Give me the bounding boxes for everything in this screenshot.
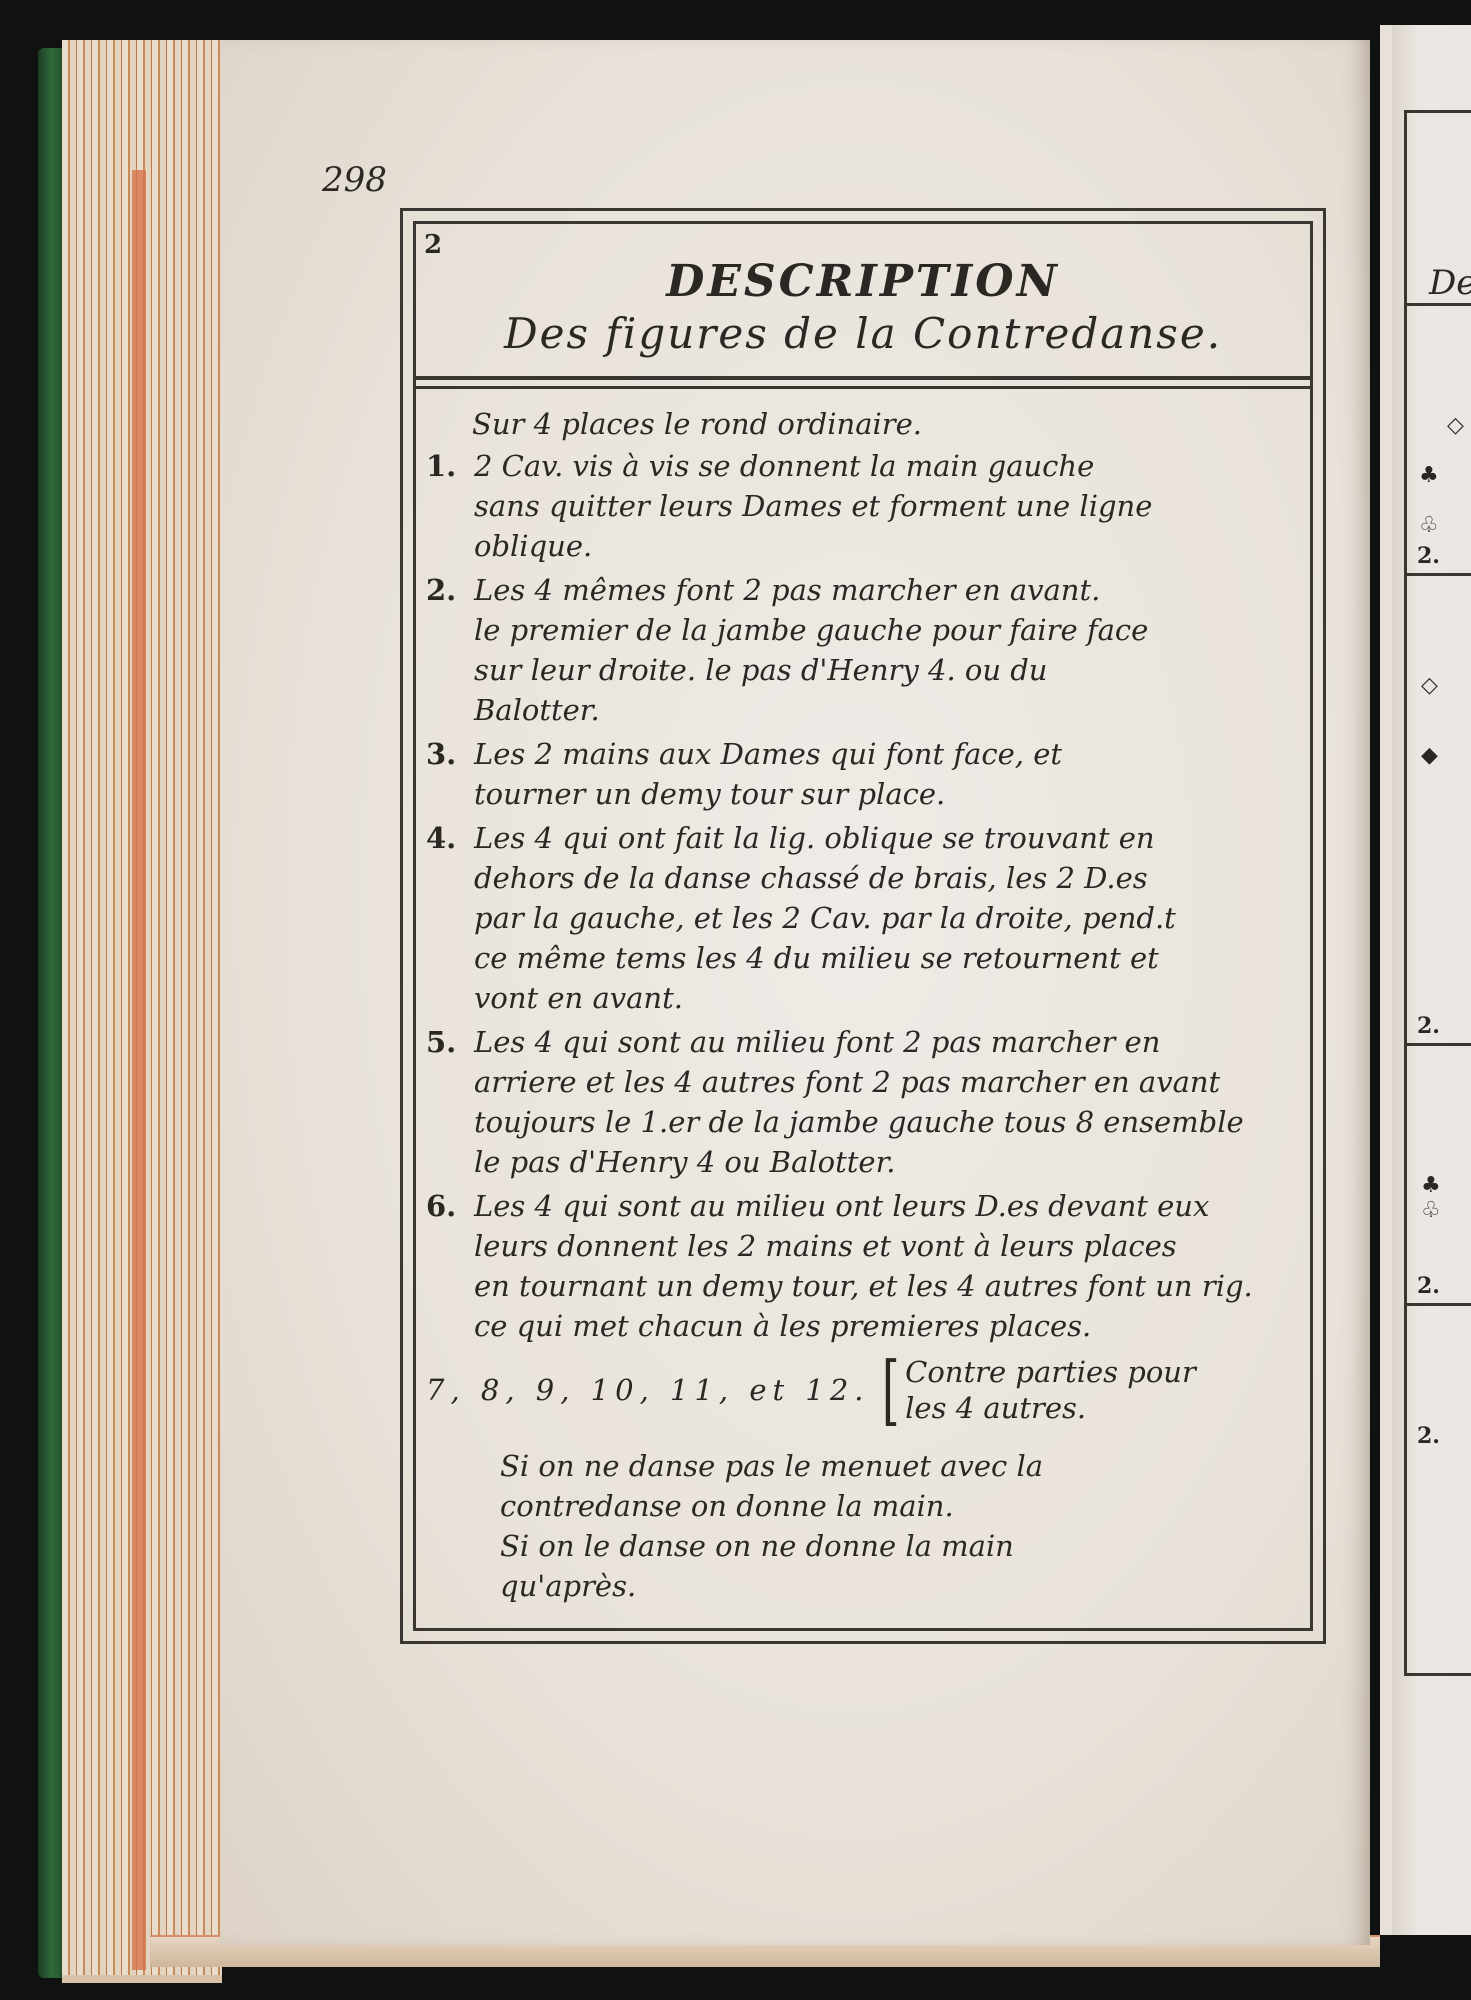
figure-line: le premier de la jambe gauche pour faire… xyxy=(474,610,1148,650)
diamond-outline-icon: ◇ xyxy=(1421,673,1438,698)
intro-line: Sur 4 places le rond ordinaire. xyxy=(426,404,1300,444)
figure-number: 6. xyxy=(426,1186,474,1346)
figure-number: 3. xyxy=(426,734,474,814)
right-page-rule xyxy=(1407,1043,1471,1046)
page-number: 298 xyxy=(322,160,387,200)
figure-line: Les 4 qui sont au milieu font 2 pas marc… xyxy=(474,1022,1244,1062)
figure-line: le pas d'Henry 4 ou Balotter. xyxy=(474,1142,1244,1182)
diamond-symbol-icon: ◇ xyxy=(1447,413,1464,438)
right-page-rule xyxy=(1407,1303,1471,1306)
title-double-rule xyxy=(416,376,1310,389)
figure-item-4: 4. Les 4 qui ont fait la lig. oblique se… xyxy=(426,818,1300,1018)
figure-label: 2. xyxy=(1417,1013,1440,1039)
red-edge-stain xyxy=(132,170,146,1970)
figure-number: 2. xyxy=(426,570,474,730)
title-main: DESCRIPTION xyxy=(416,256,1310,307)
club-outline-icon: ♧ xyxy=(1419,513,1439,538)
figure-item-1: 1. 2 Cav. vis à vis se donnent la main g… xyxy=(426,446,1300,566)
closing-line: Si on le danse on ne donne la main xyxy=(500,1526,1300,1566)
figure-line: sans quitter leurs Dames et forment une … xyxy=(474,486,1152,526)
counterparts-note: Contre parties pour les 4 autres. xyxy=(905,1354,1196,1426)
figure-line: ce qui met chacun à les premieres places… xyxy=(474,1306,1253,1346)
note-line: les 4 autres. xyxy=(905,1390,1196,1426)
right-page-frame: Des ◇ ♣ ♧ 2. ◇ ◆ 2. ♣ ♧ 2. 2. xyxy=(1404,110,1471,1676)
figure-line: ce même tems les 4 du milieu se retourne… xyxy=(474,938,1176,978)
figure-numbers-7-12: 7, 8, 9, 10, 11, et 12. xyxy=(426,1370,870,1410)
figure-item-5: 5. Les 4 qui sont au milieu font 2 pas m… xyxy=(426,1022,1300,1182)
description-frame: 2 DESCRIPTION Des figures de la Contreda… xyxy=(400,208,1326,1644)
page-stack-fore-edge xyxy=(62,40,222,1983)
closing-line: Si on ne danse pas le menuet avec la xyxy=(500,1446,1300,1486)
figure-line: dehors de la danse chassé de brais, les … xyxy=(474,858,1176,898)
figure-line: arriere et les 4 autres font 2 pas march… xyxy=(474,1062,1244,1102)
figure-number: 1. xyxy=(426,446,474,566)
diamond-filled-icon: ◆ xyxy=(1421,743,1438,768)
figure-line: toujours le 1.er de la jambe gauche tous… xyxy=(474,1102,1244,1142)
right-page-rule xyxy=(1407,303,1471,306)
figure-items-7-12: 7, 8, 9, 10, 11, et 12. [ Contre parties… xyxy=(426,1352,1300,1428)
figure-line: oblique. xyxy=(474,526,1152,566)
figure-descriptions: Sur 4 places le rond ordinaire. 1. 2 Cav… xyxy=(426,404,1300,1606)
left-page: 298 2 DESCRIPTION Des figures de la Cont… xyxy=(220,40,1370,1945)
figure-line: Balotter. xyxy=(474,690,1148,730)
closing-line: contredanse on donne la main. xyxy=(500,1486,1300,1526)
title-block: DESCRIPTION Des figures de la Contredans… xyxy=(416,224,1310,379)
figure-number: 5. xyxy=(426,1022,474,1182)
bracket-glyph: [ xyxy=(881,1352,899,1428)
club-outline-icon: ♧ xyxy=(1421,1198,1441,1223)
right-page-rule xyxy=(1407,573,1471,576)
right-page-title: Des xyxy=(1429,263,1471,303)
right-page-fragment: Des ◇ ♣ ♧ 2. ◇ ◆ 2. ♣ ♧ 2. 2. xyxy=(1380,25,1471,1935)
figure-item-6: 6. Les 4 qui sont au milieu ont leurs D.… xyxy=(426,1186,1300,1346)
figure-label: 2. xyxy=(1417,1423,1440,1449)
figure-label: 2. xyxy=(1417,1273,1440,1299)
club-filled-icon: ♣ xyxy=(1419,463,1439,488)
figure-line: sur leur droite. le pas d'Henry 4. ou du xyxy=(474,650,1148,690)
figure-line: vont en avant. xyxy=(474,978,1176,1018)
figure-line: leurs donnent les 2 mains et vont à leur… xyxy=(474,1226,1253,1266)
figure-line: Les 4 mêmes font 2 pas marcher en avant. xyxy=(474,570,1148,610)
figure-line: par la gauche, et les 2 Cav. par la droi… xyxy=(474,898,1176,938)
figure-label: 2. xyxy=(1417,543,1440,569)
figure-line: en tournant un demy tour, et les 4 autre… xyxy=(474,1266,1253,1306)
closing-line: qu'après. xyxy=(500,1566,1300,1606)
figure-line: Les 4 qui sont au milieu ont leurs D.es … xyxy=(474,1186,1253,1226)
figure-number: 4. xyxy=(426,818,474,1018)
title-sub: Des figures de la Contredanse. xyxy=(416,309,1310,358)
description-frame-inner: 2 DESCRIPTION Des figures de la Contreda… xyxy=(413,221,1313,1631)
figure-item-2: 2. Les 4 mêmes font 2 pas marcher en ava… xyxy=(426,570,1300,730)
club-filled-icon: ♣ xyxy=(1421,1173,1441,1198)
closing-note: Si on ne danse pas le menuet avec la con… xyxy=(426,1446,1300,1606)
figure-line: Les 4 qui ont fait la lig. oblique se tr… xyxy=(474,818,1176,858)
figure-line: 2 Cav. vis à vis se donnent la main gauc… xyxy=(474,446,1152,486)
figure-item-3: 3. Les 2 mains aux Dames qui font face, … xyxy=(426,734,1300,814)
figure-line: Les 2 mains aux Dames qui font face, et xyxy=(474,734,1062,774)
figure-line: tourner un demy tour sur place. xyxy=(474,774,1062,814)
note-line: Contre parties pour xyxy=(905,1354,1196,1390)
